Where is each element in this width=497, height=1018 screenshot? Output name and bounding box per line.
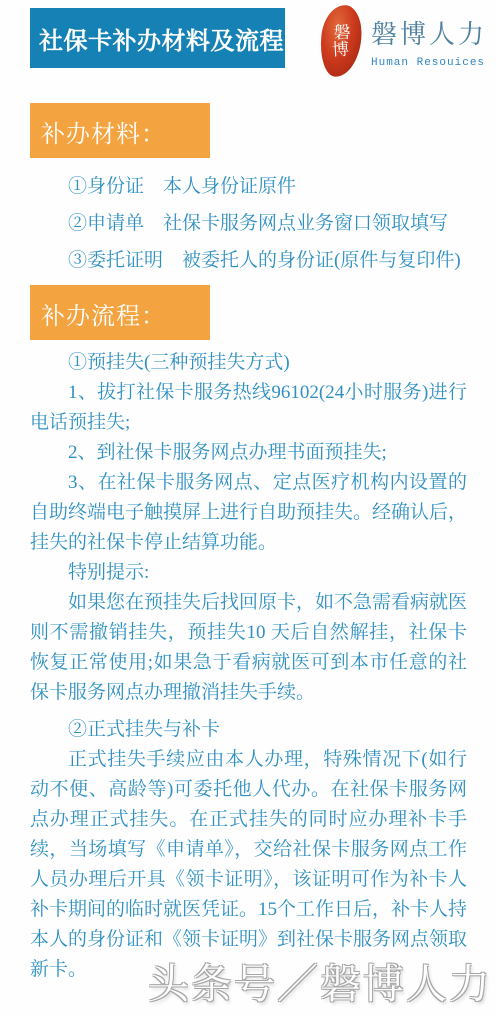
process-paragraph-5: 特别提示: <box>30 558 467 588</box>
materials-item-1: ①身份证 本人身份证原件 <box>30 168 467 205</box>
process-text: ①预挂失(三种预挂失方式) 1、拔打社保卡服务热线96102(24小时服务)进行… <box>30 348 467 985</box>
company-name-en: Human Resouices <box>371 57 487 69</box>
company-seal-icon: 磐 博 <box>318 3 364 78</box>
company-name-cn: 磐博人力 <box>371 14 487 51</box>
seal-character-bottom: 博 <box>331 41 349 59</box>
header: 社保卡补办材料及流程 磐 博 磐博人力 Human Resouices <box>30 8 497 82</box>
section-label-materials: 补办材料： <box>30 103 210 158</box>
watermark-text: 头条号／磐博人力 <box>148 951 492 1010</box>
process-paragraph-1: ①预挂失(三种预挂失方式) <box>30 348 467 378</box>
poster-page: 社保卡补办材料及流程 磐 博 磐博人力 Human Resouices 补办材料… <box>0 0 497 1018</box>
process-paragraph-4: 3、在社保卡服务网点、定点医疗机构内设置的自助终端电子触摸屏上进行自助预挂失。经… <box>30 468 467 558</box>
materials-list: ①身份证 本人身份证原件 ②申请单 社保卡服务网点业务窗口领取填写 ③委托证明 … <box>30 168 467 279</box>
process-paragraph-6: 如果您在预挂失后找回原卡，如不急需看病就医则不需撤销挂失，预挂失10 天后自然解… <box>30 588 467 708</box>
process-paragraph-7: ②正式挂失与补卡 <box>30 715 467 745</box>
logo-text: 磐博人力 Human Resouices <box>371 5 487 69</box>
process-paragraph-8: 正式挂失手续应由本人办理，特殊情况下(如行动不便、高龄等)可委托他人代办。在社保… <box>30 745 467 985</box>
process-paragraph-2: 1、拔打社保卡服务热线96102(24小时服务)进行电话预挂失; <box>30 378 467 438</box>
company-logo: 磐 博 磐博人力 Human Resouices <box>321 5 487 77</box>
page-title: 社保卡补办材料及流程 <box>30 8 285 68</box>
process-paragraph-3: 2、到社保卡服务网点办理书面预挂失; <box>30 438 467 468</box>
materials-item-2: ②申请单 社保卡服务网点业务窗口领取填写 <box>30 205 467 242</box>
section-label-process: 补办流程： <box>30 285 210 340</box>
materials-item-3: ③委托证明 被委托人的身份证(原件与复印件) <box>30 242 467 279</box>
